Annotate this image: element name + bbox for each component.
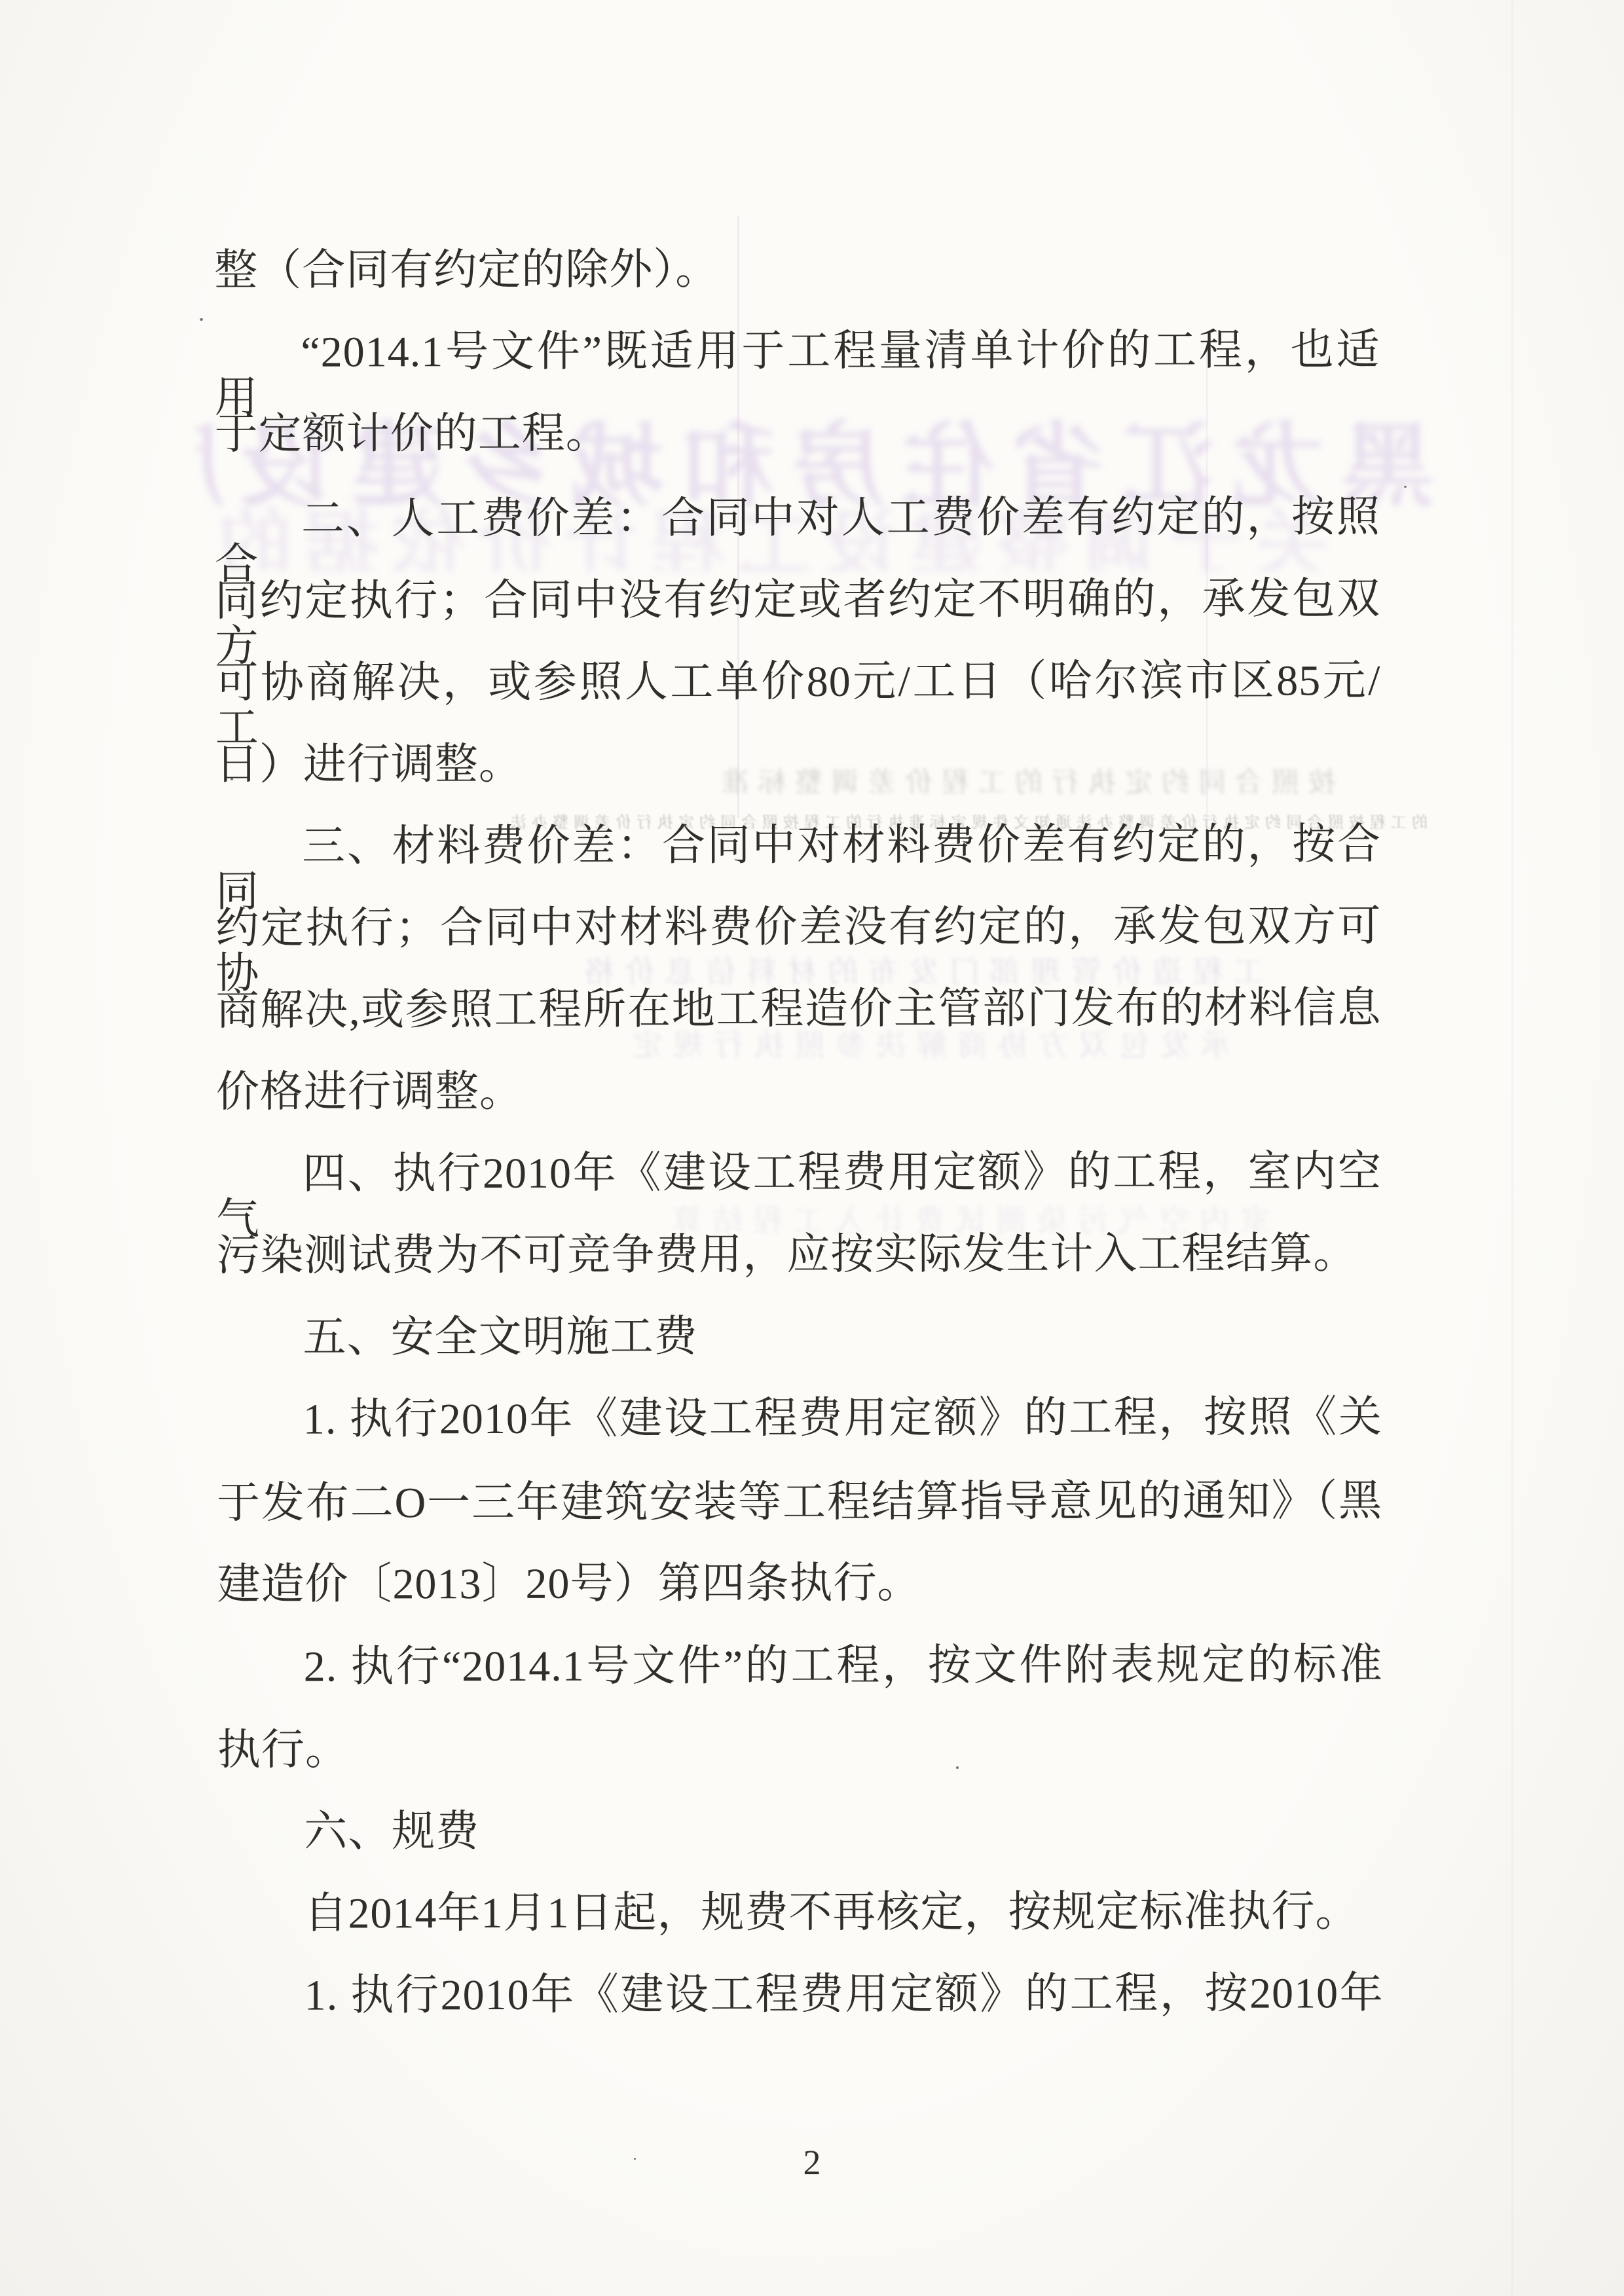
text-line: 整（合同有约定的除外）。 [214, 246, 1380, 293]
text-line: 自2014年1月1日起，规费不再核定，按规定标准执行。 [217, 1889, 1383, 1937]
text-line: 价格进行调整。 [216, 1067, 1382, 1115]
text-line: 五、安全文明施工费 [217, 1313, 1382, 1360]
text-line: 于发布二O一三年建筑安装等工程结算指导意见的通知》（黑 [217, 1478, 1382, 1526]
text-line: 于定额计价的工程。 [215, 409, 1380, 457]
scanned-document-page: 黑龙江省住房和城乡建设厅文件 关于调整建设工程计价依据的通知 按照合同约定执行的… [0, 0, 1624, 2296]
document-text: 整（合同有约定的除外）。 “2014.1号文件”既适用于工程量清单计价的工程，也… [0, 0, 1624, 2296]
text-line: 六、规费 [217, 1807, 1383, 1855]
text-line: 可协商解决，或参照人工单价80元/工日（哈尔滨市区85元/工 [215, 658, 1380, 751]
text-line: 日）进行调整。 [215, 740, 1381, 788]
text-line: 约定执行；合同中对材料费价差没有约定的，承发包双方可协 [215, 903, 1381, 996]
text-line: 污染测试费为不可竞争费用，应按实际发生计入工程结算。 [216, 1231, 1382, 1279]
text-line: 1. 执行2010年《建设工程费用定额》的工程，按2010年 [218, 1971, 1384, 2018]
page-number: 2 [0, 2142, 1624, 2183]
text-line: 2. 执行“2014.1号文件”的工程，按文件附表规定的标准 [217, 1642, 1383, 1690]
text-line: 商解决,或参照工程所在地工程造价主管部门发布的材料信息 [215, 985, 1381, 1033]
text-line: 二、人工费价差：合同中对人工费价差有约定的，按照合 [215, 494, 1380, 587]
text-line: 三、材料费价差：合同中对材料费价差有约定的，按合同 [215, 822, 1381, 915]
text-line: 四、执行2010年《建设工程费用定额》的工程，室内空气 [216, 1149, 1382, 1242]
text-line: 1. 执行2010年《建设工程费用定额》的工程，按照《关 [217, 1394, 1382, 1442]
text-line: 同约定执行；合同中没有约定或者约定不明确的，承发包双方 [215, 576, 1380, 669]
text-line: “2014.1号文件”既适用于工程量清单计价的工程，也适用 [214, 327, 1380, 420]
text-line: 建造价〔2013〕20号）第四条执行。 [217, 1559, 1382, 1607]
text-line: 执行。 [217, 1725, 1383, 1773]
